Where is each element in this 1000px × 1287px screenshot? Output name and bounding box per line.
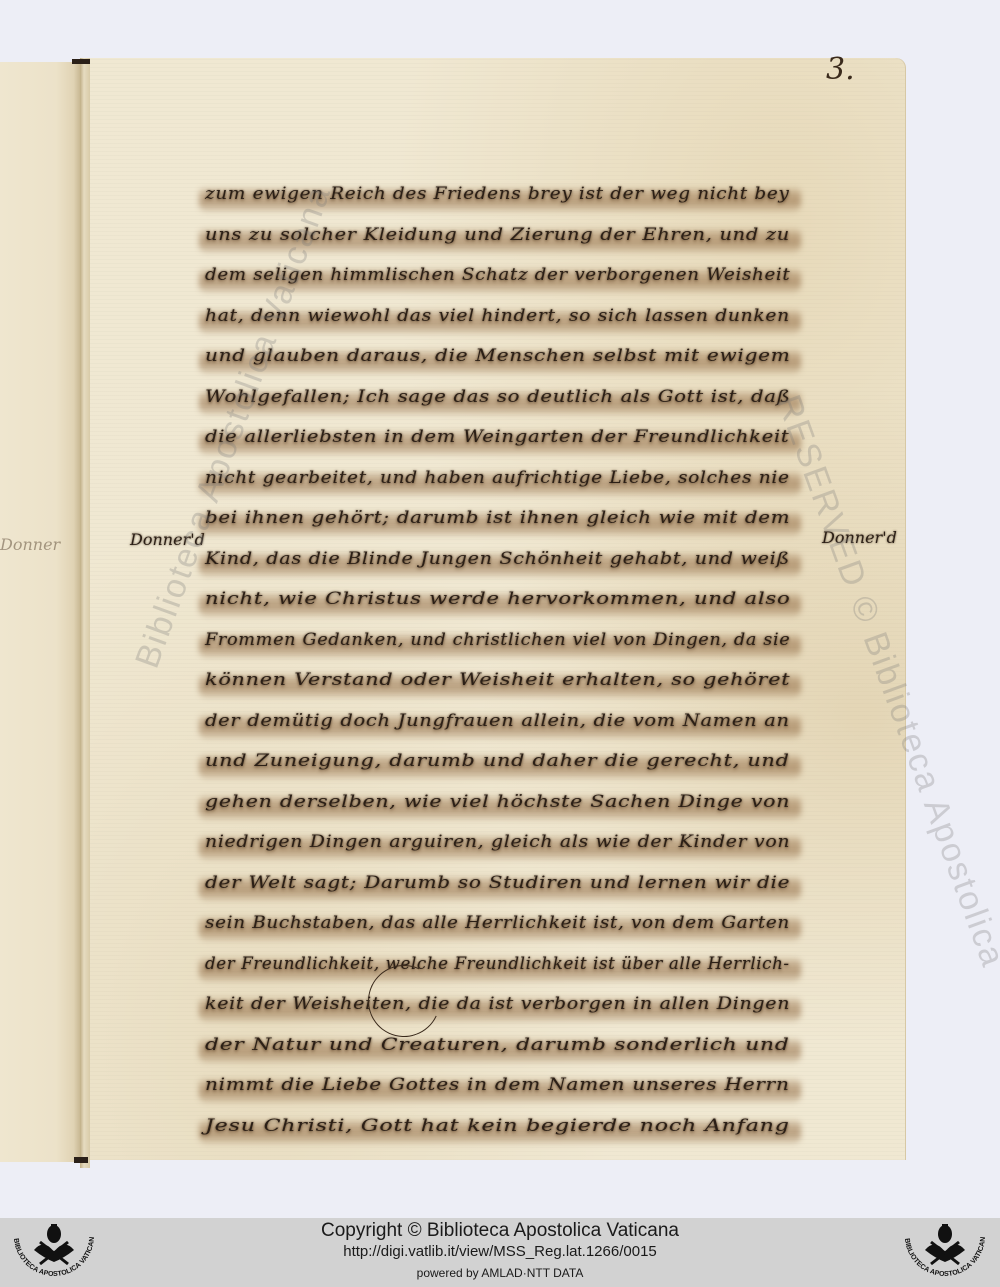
text-line: Jesu Christi, Gott hat kein begierde noc… bbox=[205, 1112, 795, 1153]
vatican-library-seal-icon: BIBLIOTECA APOSTOLICA VATICANA bbox=[895, 1222, 995, 1284]
text-line: sein Buchstaben, das alle Herrlichkeit i… bbox=[205, 909, 795, 950]
copyright-footer: Copyright © Biblioteca Apostolica Vatica… bbox=[0, 1218, 1000, 1287]
binding-shadow-top bbox=[72, 59, 92, 64]
text-line: gehen derselben, wie viel höchste Sachen… bbox=[205, 788, 795, 829]
text-line: bei ihnen gehört; darumb ist ihnen gleic… bbox=[205, 504, 795, 545]
text-line: der Freundlichkeit, welche Freundlichkei… bbox=[205, 950, 795, 991]
text-line: nicht gearbeitet, und haben aufrichtige … bbox=[205, 464, 795, 505]
manuscript-text: zum ewigen Reich des Friedens brey ist d… bbox=[205, 180, 795, 1152]
previous-leaf bbox=[0, 62, 80, 1162]
source-url[interactable]: http://digi.vatlib.it/view/MSS_Reg.lat.1… bbox=[0, 1243, 1000, 1260]
text-line: und Zuneigung, darumb und daher die gere… bbox=[205, 747, 795, 788]
binding-gutter bbox=[80, 58, 90, 1168]
text-line: nimmt die Liebe Gottes in dem Namen unse… bbox=[205, 1071, 795, 1112]
folio-number: 3. bbox=[826, 52, 855, 87]
copyright-text: Copyright © Biblioteca Apostolica Vatica… bbox=[0, 1220, 1000, 1242]
text-line: der Natur und Creaturen, darumb sonderli… bbox=[205, 1031, 795, 1072]
text-line: Frommen Gedanken, und christlichen viel … bbox=[205, 626, 795, 667]
text-line: niedrigen Dingen arguiren, gleich als wi… bbox=[205, 828, 795, 869]
text-line: können Verstand oder Weisheit erhalten, … bbox=[205, 666, 795, 707]
text-line: Kind, das die Blinde Jungen Schönheit ge… bbox=[205, 545, 795, 586]
text-line: Wohlgefallen; Ich sage das so deutlich a… bbox=[205, 383, 795, 424]
powered-by-text: powered by AMLAD·NTT DATA bbox=[0, 1266, 1000, 1280]
binding-shadow-bottom bbox=[74, 1157, 88, 1163]
text-line: nicht, wie Christus werde hervorkommen, … bbox=[205, 585, 795, 626]
text-line: die allerliebsten in dem Weingarten der … bbox=[205, 423, 795, 464]
text-line: der Welt sagt; Darumb so Studiren und le… bbox=[205, 869, 795, 910]
text-line: der demütig doch Jungfrauen allein, die … bbox=[205, 707, 795, 748]
text-line: und glauben daraus, die Menschen selbst … bbox=[205, 342, 795, 383]
margin-note-bleed: Donner bbox=[0, 535, 60, 554]
vatican-library-seal-icon: BIBLIOTECA APOSTOLICA VATICANA bbox=[4, 1222, 104, 1284]
text-line: keit der Weisheiten, die da ist verborge… bbox=[205, 990, 795, 1031]
